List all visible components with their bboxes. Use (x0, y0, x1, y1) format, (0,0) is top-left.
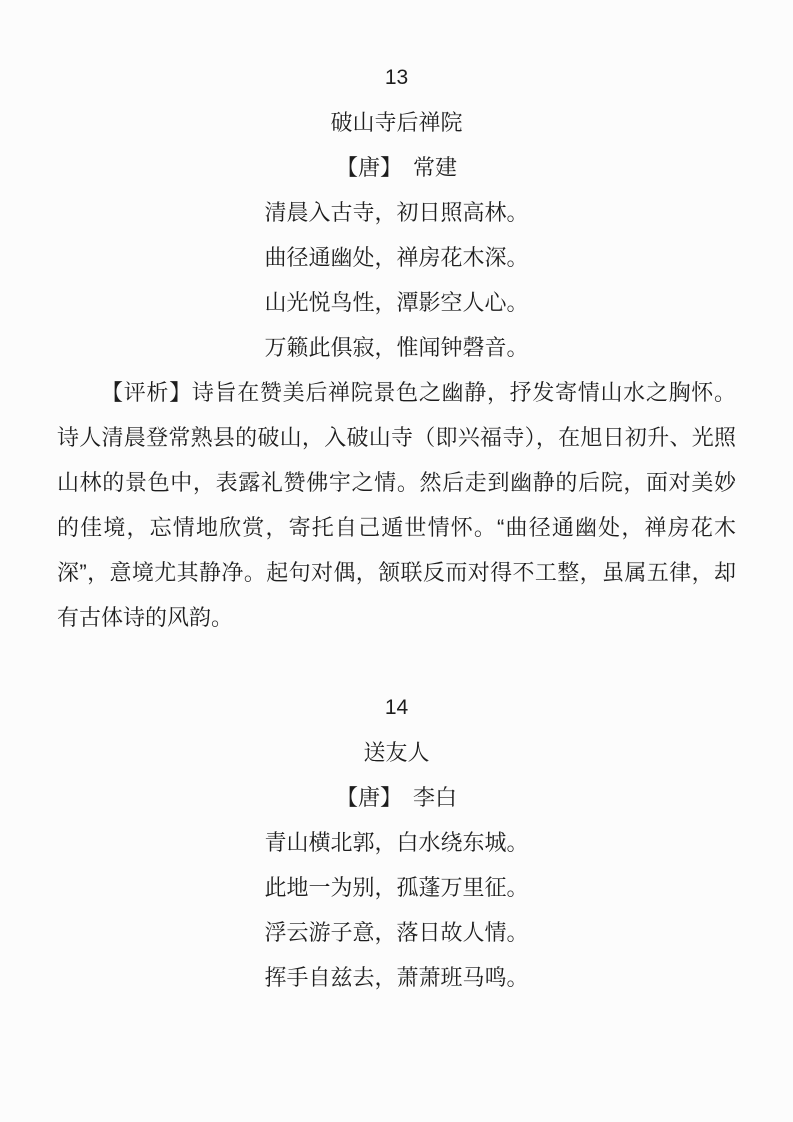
poem-verse-line: 曲径通幽处，禅房花木深。 (57, 235, 736, 280)
poem-title: 送友人 (57, 730, 736, 775)
poem-verse-line: 此地一为别，孤蓬万里征。 (57, 865, 736, 910)
poem-verse-line: 山光悦鸟性，潭影空人心。 (57, 280, 736, 325)
poem-verse-line: 浮云游子意，落日故人情。 (57, 910, 736, 955)
poem-verse-line: 清晨入古寺，初日照高林。 (57, 190, 736, 235)
poem-title: 破山寺后禅院 (57, 100, 736, 145)
poem-verse-line: 万籁此俱寂，惟闻钟磬音。 (57, 325, 736, 370)
poem-author: 【唐】 李白 (57, 775, 736, 820)
poem-verse-line: 青山横北郭，白水绕东城。 (57, 820, 736, 865)
poem-verse-line: 挥手自兹去，萧萧班马鸣。 (57, 955, 736, 1000)
section-divider-space (57, 640, 736, 685)
poem-section-14: 14 送友人 【唐】 李白 青山横北郭，白水绕东城。 此地一为别，孤蓬万里征。 … (57, 685, 736, 1000)
poem-commentary: 【评析】诗旨在赞美后禅院景色之幽静，抒发寄情山水之胸怀。诗人清晨登常熟县的破山，… (57, 370, 736, 640)
poem-number: 14 (57, 685, 736, 730)
document-page: 13 破山寺后禅院 【唐】 常建 清晨入古寺，初日照高林。 曲径通幽处，禅房花木… (0, 0, 793, 1122)
poem-section-13: 13 破山寺后禅院 【唐】 常建 清晨入古寺，初日照高林。 曲径通幽处，禅房花木… (57, 55, 736, 640)
poem-number: 13 (57, 55, 736, 100)
poem-author: 【唐】 常建 (57, 145, 736, 190)
